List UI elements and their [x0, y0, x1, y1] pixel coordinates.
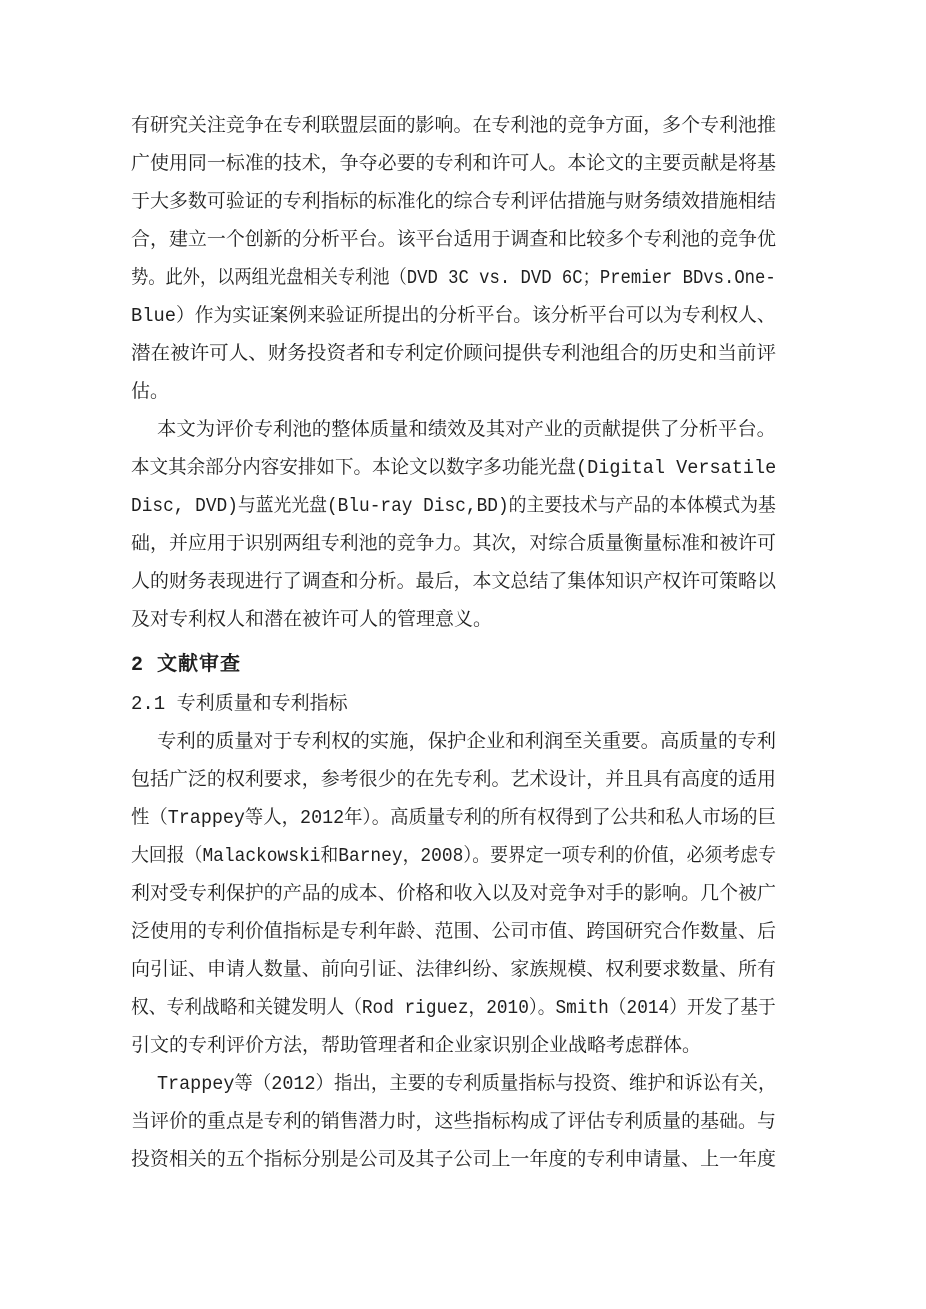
document-page: 有研究关注竞争在专利联盟层面的影响。在专利池的竞争方面，多个专利池推广使用同一标…: [0, 0, 926, 1309]
text-run: 于大多数可验证的专利指标的标准化的综合专利评估措施与财务绩效措施相结: [131, 183, 776, 221]
text-run: 广使用同一标准的技术，争夺必要的专利和许可人。本论文的主要贡献是将基: [131, 145, 776, 183]
text-line: 引文的专利评价方法，帮助管理者和企业家识别企业战略考虑群体。: [131, 1027, 776, 1065]
text-line: 向引证、申请人数量、前向引证、法律纠纷、家族规模、权利要求数量、所有: [131, 951, 776, 989]
text-run: 估。: [131, 373, 169, 411]
text-run: 潜在被许可人、财务投资者和专利定价顾问提供专利池组合的历史和当前评: [131, 335, 776, 373]
text-run: Trappey等（2012）指出，主要的专利质量指标与投资、维护和诉讼有关，: [157, 1065, 776, 1103]
text-line: 性（Trappey等人，2012年）。高质量专利的所有权得到了公共和私人市场的巨: [131, 799, 776, 837]
paragraph: 本文为评价专利池的整体质量和绩效及其对产业的贡献提供了分析平台。本文其余部分内容…: [131, 411, 776, 639]
subsection-heading: 2.1 专利质量和专利指标: [131, 685, 776, 723]
text-line: Blue）作为实证案例来验证所提出的分析平台。该分析平台可以为专利权人、: [131, 297, 776, 335]
text-line: 本文为评价专利池的整体质量和绩效及其对产业的贡献提供了分析平台。: [131, 411, 776, 449]
text-run: 专利的质量对于专利权的实施，保护企业和利润至关重要。高质量的专利: [157, 723, 776, 761]
page-content: 有研究关注竞争在专利联盟层面的影响。在专利池的竞争方面，多个专利池推广使用同一标…: [131, 107, 776, 1179]
text-line: 估。: [131, 373, 776, 411]
paragraph: 专利的质量对于专利权的实施，保护企业和利润至关重要。高质量的专利包括广泛的权利要…: [131, 723, 776, 1065]
text-line: Trappey等（2012）指出，主要的专利质量指标与投资、维护和诉讼有关，: [131, 1065, 776, 1103]
text-line: 潜在被许可人、财务投资者和专利定价顾问提供专利池组合的历史和当前评: [131, 335, 776, 373]
text-run: 投资相关的五个指标分别是公司及其子公司上一年度的专利申请量、上一年度: [131, 1141, 776, 1179]
text-run: 大回报（Malackowski和Barney，2008）。要界定一项专利的价值，…: [131, 837, 776, 875]
text-line: 广使用同一标准的技术，争夺必要的专利和许可人。本论文的主要贡献是将基: [131, 145, 776, 183]
text-run: 权、专利战略和关键发明人（Rod riguez，2010）。Smith（2014…: [131, 989, 776, 1027]
text-line: 及对专利权人和潜在被许可人的管理意义。: [131, 601, 776, 639]
text-run: 向引证、申请人数量、前向引证、法律纠纷、家族规模、权利要求数量、所有: [131, 951, 776, 989]
text-run: 人的财务表现进行了调查和分析。最后，本文总结了集体知识产权许可策略以: [131, 563, 776, 601]
text-run: Blue）作为实证案例来验证所提出的分析平台。该分析平台可以为专利权人、: [131, 297, 776, 335]
text-run: 泛使用的专利价值指标是专利年龄、范围、公司市值、跨国研究合作数量、后: [131, 913, 776, 951]
text-run: 有研究关注竞争在专利联盟层面的影响。在专利池的竞争方面，多个专利池推: [131, 107, 776, 145]
text-line: 权、专利战略和关键发明人（Rod riguez，2010）。Smith（2014…: [131, 989, 776, 1027]
text-line: Disc, DVD)与蓝光光盘(Blu-ray Disc,BD)的主要技术与产品…: [131, 487, 776, 525]
text-line: 势。此外，以两组光盘相关专利池（DVD 3C vs. DVD 6C；Premie…: [131, 259, 776, 297]
text-line: 有研究关注竞争在专利联盟层面的影响。在专利池的竞争方面，多个专利池推: [131, 107, 776, 145]
text-line: 人的财务表现进行了调查和分析。最后，本文总结了集体知识产权许可策略以: [131, 563, 776, 601]
text-run: 础，并应用于识别两组专利池的竞争力。其次，对综合质量衡量标准和被许可: [131, 525, 776, 563]
paragraph: 有研究关注竞争在专利联盟层面的影响。在专利池的竞争方面，多个专利池推广使用同一标…: [131, 107, 776, 411]
text-run: 包括广泛的权利要求，参考很少的在先专利。艺术设计，并且具有高度的适用: [131, 761, 776, 799]
text-run: 本文为评价专利池的整体质量和绩效及其对产业的贡献提供了分析平台。: [157, 411, 776, 449]
text-run: 引文的专利评价方法，帮助管理者和企业家识别企业战略考虑群体。: [131, 1027, 701, 1065]
text-line: 当评价的重点是专利的销售潜力时，这些指标构成了评估专利质量的基础。与: [131, 1103, 776, 1141]
text-line: 于大多数可验证的专利指标的标准化的综合专利评估措施与财务绩效措施相结: [131, 183, 776, 221]
paragraph: Trappey等（2012）指出，主要的专利质量指标与投资、维护和诉讼有关，当评…: [131, 1065, 776, 1179]
text-line: 投资相关的五个指标分别是公司及其子公司上一年度的专利申请量、上一年度: [131, 1141, 776, 1179]
text-run: 合，建立一个创新的分析平台。该平台适用于调查和比较多个专利池的竞争优: [131, 221, 776, 259]
text-line: 本文其余部分内容安排如下。本论文以数字多功能光盘(Digital Versati…: [131, 449, 776, 487]
text-run: Disc, DVD)与蓝光光盘(Blu-ray Disc,BD)的主要技术与产品…: [131, 487, 776, 525]
text-run: 及对专利权人和潜在被许可人的管理意义。: [131, 601, 492, 639]
text-line: 包括广泛的权利要求，参考很少的在先专利。艺术设计，并且具有高度的适用: [131, 761, 776, 799]
text-line: 础，并应用于识别两组专利池的竞争力。其次，对综合质量衡量标准和被许可: [131, 525, 776, 563]
text-line: 泛使用的专利价值指标是专利年龄、范围、公司市值、跨国研究合作数量、后: [131, 913, 776, 951]
text-run: 利对受专利保护的产品的成本、价格和收入以及对竞争对手的影响。几个被广: [131, 875, 776, 913]
text-run: 当评价的重点是专利的销售潜力时，这些指标构成了评估专利质量的基础。与: [131, 1103, 776, 1141]
section-heading: 2 文献审查: [131, 647, 776, 685]
text-line: 合，建立一个创新的分析平台。该平台适用于调查和比较多个专利池的竞争优: [131, 221, 776, 259]
text-run: 势。此外，以两组光盘相关专利池（DVD 3C vs. DVD 6C；Premie…: [131, 259, 776, 297]
text-line: 利对受专利保护的产品的成本、价格和收入以及对竞争对手的影响。几个被广: [131, 875, 776, 913]
text-run: 性（Trappey等人，2012年）。高质量专利的所有权得到了公共和私人市场的巨: [131, 799, 776, 837]
text-line: 大回报（Malackowski和Barney，2008）。要界定一项专利的价值，…: [131, 837, 776, 875]
text-run: 本文其余部分内容安排如下。本论文以数字多功能光盘(Digital Versati…: [131, 449, 776, 487]
text-line: 专利的质量对于专利权的实施，保护企业和利润至关重要。高质量的专利: [131, 723, 776, 761]
